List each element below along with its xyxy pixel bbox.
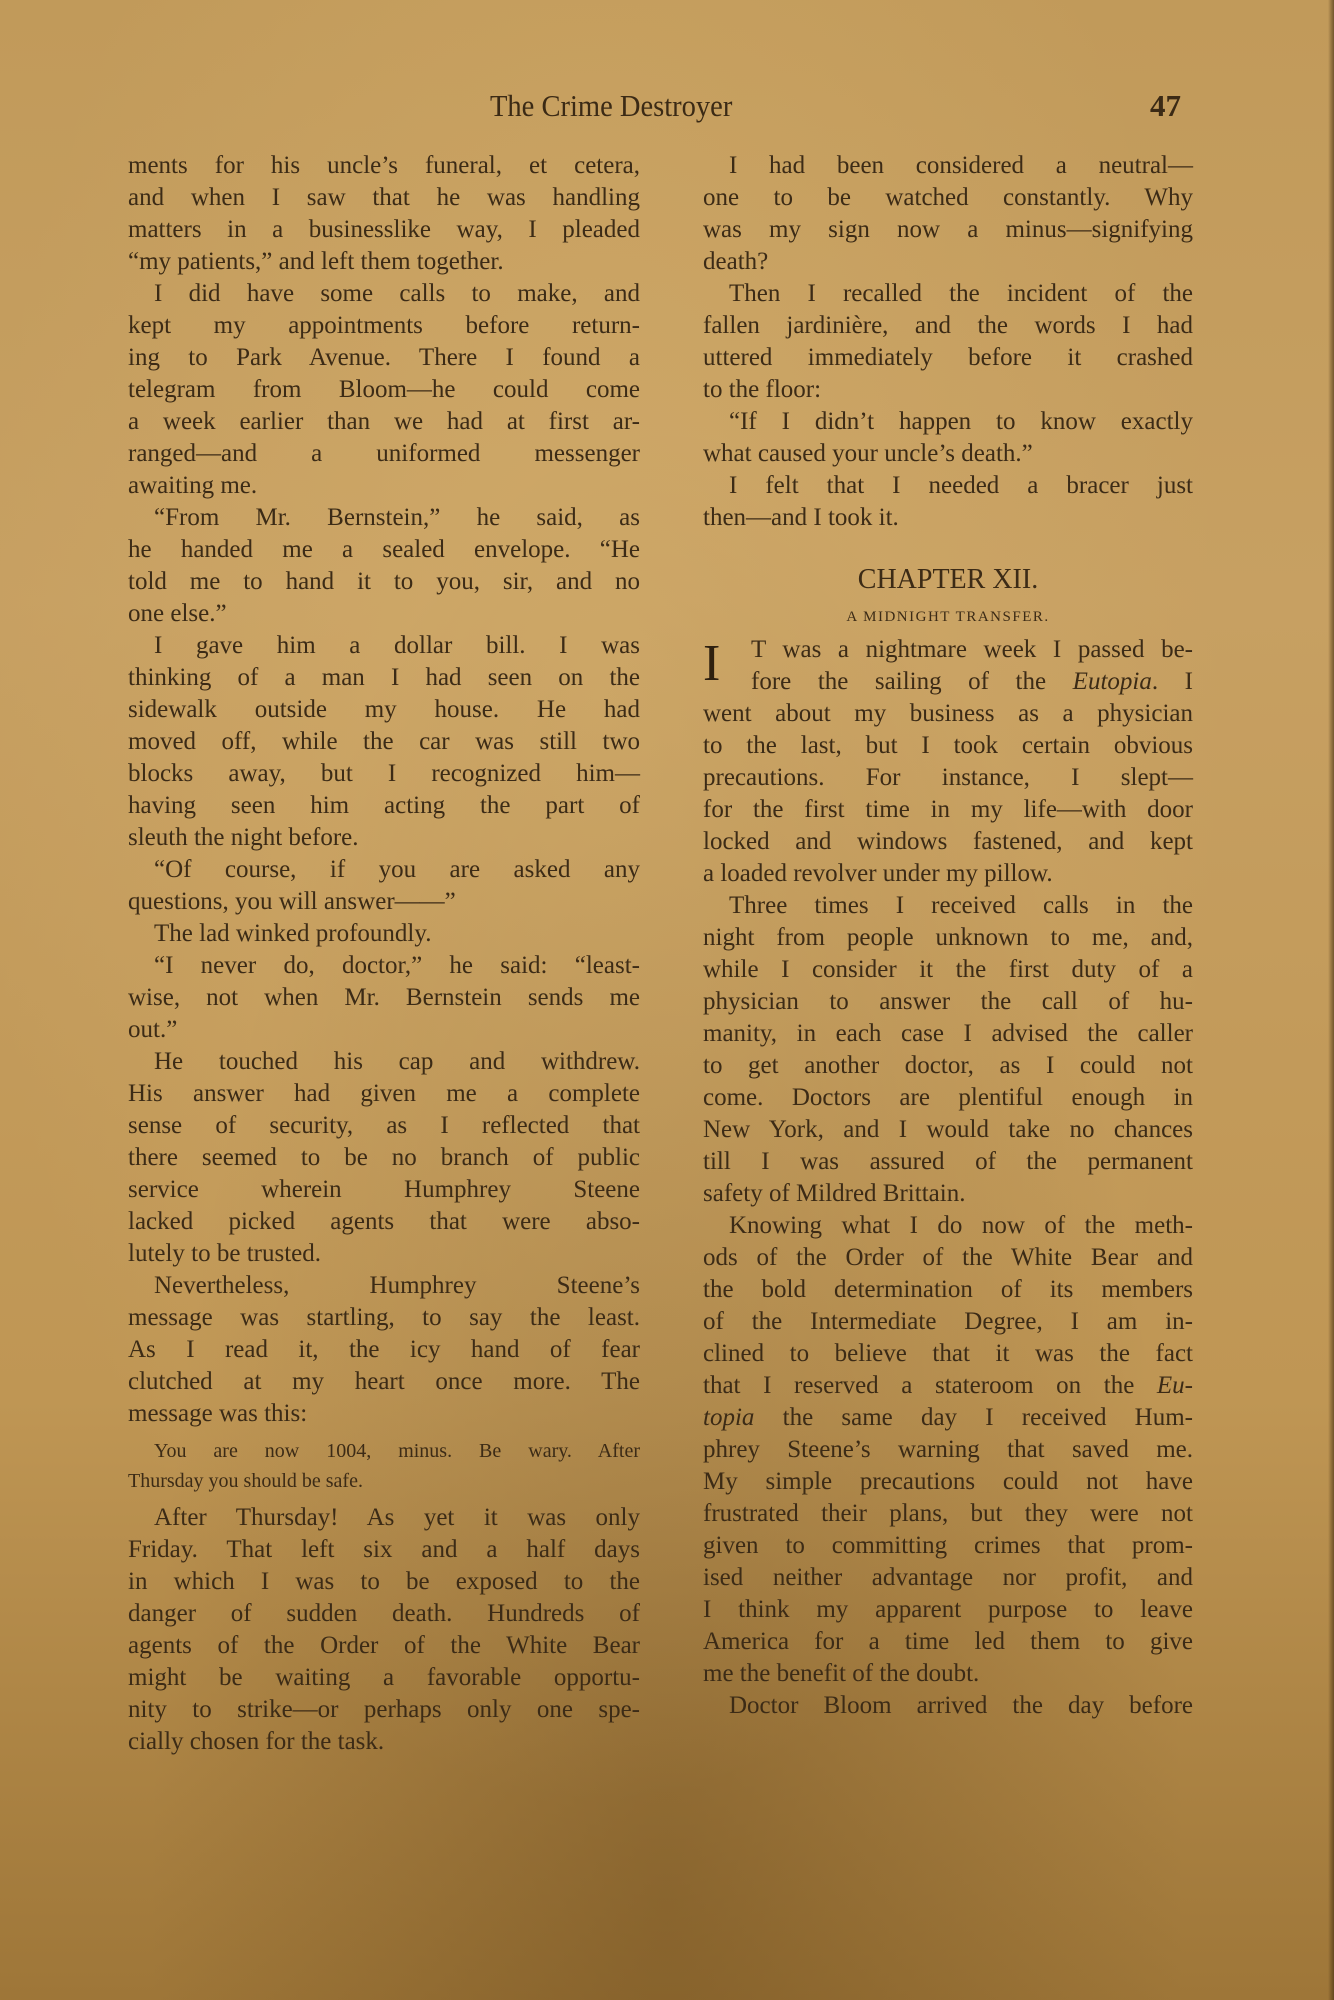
text-line: I T was a nightmare week I passed be- xyxy=(703,634,1193,666)
running-head-title: The Crime Destroyer xyxy=(490,88,732,124)
text-line: to get another doctor, as I could not xyxy=(703,1050,1193,1082)
text-line: there seemed to be no branch of public xyxy=(128,1142,640,1174)
left-column: ments for his uncle’s funeral, et cetera… xyxy=(128,150,640,1758)
text-line: I felt that I needed a bracer just xyxy=(703,470,1193,502)
text-line: service wherein Humphrey Steene xyxy=(128,1174,640,1206)
text-line: matters in a businesslike way, I pleaded xyxy=(128,214,640,246)
text-line: I had been considered a neutral— xyxy=(703,150,1193,182)
text-line: ing to Park Avenue. There I found a xyxy=(128,342,640,374)
text-line: frustrated their plans, but they were no… xyxy=(703,1498,1193,1530)
text-line: sleuth the night before. xyxy=(128,822,640,854)
text-line: lutely to be trusted. xyxy=(128,1238,640,1270)
text-line: “From Mr. Bernstein,” he said, as xyxy=(128,502,640,534)
text-line: of the Intermediate Degree, I am in- xyxy=(703,1306,1193,1338)
text-line: till I was assured of the permanent xyxy=(703,1146,1193,1178)
text-line: ods of the Order of the White Bear and xyxy=(703,1242,1193,1274)
text-line: fallen jardinière, and the words I had xyxy=(703,310,1193,342)
text-line: for the first time in my life—with door xyxy=(703,794,1193,826)
text-line: ments for his uncle’s funeral, et cetera… xyxy=(128,150,640,182)
text-line: Knowing what I do now of the meth- xyxy=(703,1210,1193,1242)
text-line: Nevertheless, Humphrey Steene’s xyxy=(128,1270,640,1302)
text-line: questions, you will answer——” xyxy=(128,886,640,918)
text-line: a loaded revolver under my pillow. xyxy=(703,858,1193,890)
text-line: cially chosen for the task. xyxy=(128,1726,640,1758)
text-line: night from people unknown to me, and, xyxy=(703,922,1193,954)
text-line: Friday. That left six and a half days xyxy=(128,1534,640,1566)
text-line: nity to strike—or perhaps only one spe- xyxy=(128,1694,640,1726)
text-line: went about my business as a physician xyxy=(703,698,1193,730)
text-line: he handed me a sealed envelope. “He xyxy=(128,534,640,566)
text-line: After Thursday! As yet it was only xyxy=(128,1502,640,1534)
text-line: manity, in each case I advised the calle… xyxy=(703,1018,1193,1050)
text-line: telegram from Bloom—he could come xyxy=(128,374,640,406)
text-line: might be waiting a favorable opportu- xyxy=(128,1662,640,1694)
text-line: to the last, but I took certain obvious xyxy=(703,730,1193,762)
text-line: New York, and I would take no chances xyxy=(703,1114,1193,1146)
text-line: ised neither advantage nor profit, and xyxy=(703,1562,1193,1594)
text-line: Then I recalled the incident of the xyxy=(703,278,1193,310)
text-line: one else.” xyxy=(128,598,640,630)
text-line: wise, not when Mr. Bernstein sends me xyxy=(128,982,640,1014)
text-line: agents of the Order of the White Bear xyxy=(128,1630,640,1662)
text-line: precautions. For instance, I slept— xyxy=(703,762,1193,794)
page-edge-shadow xyxy=(1328,0,1334,2000)
text-line: what caused your uncle’s death.” xyxy=(703,438,1193,470)
text-line: that I reserved a stateroom on the Eu- xyxy=(703,1370,1193,1402)
text-line: uttered immediately before it crashed xyxy=(703,342,1193,374)
chapter-subtitle: A MIDNIGHT TRANSFER. xyxy=(703,600,1193,634)
text-line: fore the sailing of the Eutopia. I xyxy=(703,666,1193,698)
text-line: Three times I received calls in the xyxy=(703,890,1193,922)
text-line: and when I saw that he was handling xyxy=(128,182,640,214)
text-line: I gave him a dollar bill. I was xyxy=(128,630,640,662)
right-column: I had been considered a neutral— one to … xyxy=(703,150,1193,1722)
text-line: having seen him acting the part of xyxy=(128,790,640,822)
text-line: moved off, while the car was still two xyxy=(128,726,640,758)
text-line: come. Doctors are plentiful enough in xyxy=(703,1082,1193,1114)
text-line: locked and windows fastened, and kept xyxy=(703,826,1193,858)
text-line: a week earlier than we had at first ar- xyxy=(128,406,640,438)
text-line: Doctor Bloom arrived the day before xyxy=(703,1690,1193,1722)
text-line: topia the same day I received Hum- xyxy=(703,1402,1193,1434)
text-line: death? xyxy=(703,246,1193,278)
text-line: message was this: xyxy=(128,1398,640,1430)
text-line: clined to believe that it was the fact xyxy=(703,1338,1193,1370)
text-line: one to be watched constantly. Why xyxy=(703,182,1193,214)
text-line: lacked picked agents that were abso- xyxy=(128,1206,640,1238)
text-line: “I never do, doctor,” he said: “least- xyxy=(128,950,640,982)
telegram-line: Thursday you should be safe. xyxy=(128,1466,640,1496)
text-line: awaiting me. xyxy=(128,470,640,502)
text-line: thinking of a man I had seen on the xyxy=(128,662,640,694)
text-line: As I read it, the icy hand of fear xyxy=(128,1334,640,1366)
page-number: 47 xyxy=(1150,88,1181,124)
book-page: The Crime Destroyer 47 ments for his unc… xyxy=(0,0,1334,2000)
text-line: told me to hand it to you, sir, and no xyxy=(128,566,640,598)
text-line: kept my appointments before return- xyxy=(128,310,640,342)
text-line: in which I was to be exposed to the xyxy=(128,1566,640,1598)
text-line: “If I didn’t happen to know exactly xyxy=(703,406,1193,438)
text-line: My simple precautions could not have xyxy=(703,1466,1193,1498)
text-line: I think my apparent purpose to leave xyxy=(703,1594,1193,1626)
text-line: clutched at my heart once more. The xyxy=(128,1366,640,1398)
text-line: sense of security, as I reflected that xyxy=(128,1110,640,1142)
text-line: ranged—and a uniformed messenger xyxy=(128,438,640,470)
text-line: I did have some calls to make, and xyxy=(128,278,640,310)
chapter-title: CHAPTER XII. xyxy=(703,560,1193,600)
text-line: out.” xyxy=(128,1014,640,1046)
text-line: sidewalk outside my house. He had xyxy=(128,694,640,726)
telegram-line: You are now 1004, minus. Be wary. After xyxy=(128,1436,640,1466)
text-line: danger of sudden death. Hundreds of xyxy=(128,1598,640,1630)
text-line: the bold determination of its members xyxy=(703,1274,1193,1306)
text-line: then—and I took it. xyxy=(703,502,1193,534)
text-line: The lad winked profoundly. xyxy=(128,918,640,950)
text-line: His answer had given me a complete xyxy=(128,1078,640,1110)
text-line: was my sign now a minus—signifying xyxy=(703,214,1193,246)
text-line: while I consider it the first duty of a xyxy=(703,954,1193,986)
text-line: phrey Steene’s warning that saved me. xyxy=(703,1434,1193,1466)
text-line: safety of Mildred Brittain. xyxy=(703,1178,1193,1210)
text-line: “Of course, if you are asked any xyxy=(128,854,640,886)
text-line: me the benefit of the doubt. xyxy=(703,1658,1193,1690)
text-line: America for a time led them to give xyxy=(703,1626,1193,1658)
text-line: to the floor: xyxy=(703,374,1193,406)
drop-cap: I xyxy=(703,638,720,690)
text-line: He touched his cap and withdrew. xyxy=(128,1046,640,1078)
text-line: given to committing crimes that prom- xyxy=(703,1530,1193,1562)
text-line: physician to answer the call of hu- xyxy=(703,986,1193,1018)
text-line: message was startling, to say the least. xyxy=(128,1302,640,1334)
text-line: blocks away, but I recognized him— xyxy=(128,758,640,790)
text-line: “my patients,” and left them together. xyxy=(128,246,640,278)
